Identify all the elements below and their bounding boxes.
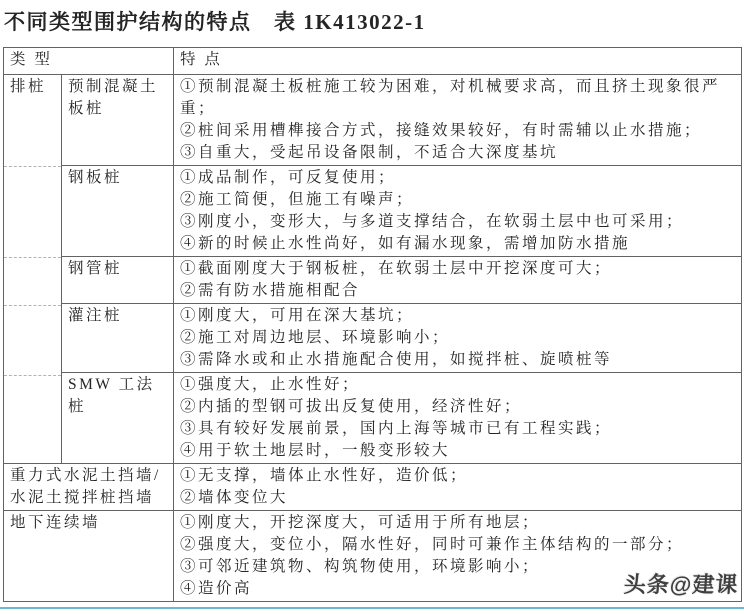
feature-line: ③自重大，受起吊设备限制，不适合大深度基坑	[180, 142, 735, 164]
type-cell: SMW 工法桩	[62, 373, 174, 464]
table-row: 灌注桩 ①刚度大，可用在深大基坑； ②施工对周边地层、环境影响小； ③需降水或和…	[4, 304, 742, 373]
features-cell: ①截面刚度大于钢板桩，在软弱土层中开挖深度可大； ②需有防水措施相配合	[174, 257, 742, 304]
features-cell: ①无支撑，墙体止水性好，造价低； ②墙体变位大	[174, 464, 742, 511]
header-type: 类 型	[4, 48, 174, 75]
watermark: 头条@建课	[622, 568, 739, 599]
feature-line: ①截面刚度大于钢板桩，在软弱土层中开挖深度可大；	[180, 258, 735, 280]
type-cell: 灌注桩	[62, 304, 174, 373]
header-feature: 特 点	[174, 48, 742, 75]
table-row: 排桩 预制混凝土板桩 ①预制混凝土板桩施工较为困难，对机械要求高，而且挤土现象很…	[4, 75, 742, 166]
feature-line: ④用于软土地层时，一般变形较大	[180, 440, 735, 462]
type-cell: 重力式水泥土挡墙/水泥土搅拌桩挡墙	[4, 464, 174, 511]
feature-line: ①刚度大，可用在深大基坑；	[180, 305, 735, 327]
table-row: 钢管桩 ①截面刚度大于钢板桩，在软弱土层中开挖深度可大； ②需有防水措施相配合	[4, 257, 742, 304]
bottom-accent-line	[0, 607, 744, 609]
feature-line: ②施工对周边地层、环境影响小；	[180, 327, 735, 349]
feature-line: ②墙体变位大	[180, 487, 735, 509]
type-cell: 钢管桩	[62, 257, 174, 304]
feature-line: ①刚度大，开挖深度大，可适用于所有地层；	[180, 512, 735, 534]
feature-line: ③刚度小，变形大，与多道支撑结合，在软弱土层中也可采用；	[180, 211, 735, 233]
features-cell: ①刚度大，可用在深大基坑； ②施工对周边地层、环境影响小； ③需降水或和止水措施…	[174, 304, 742, 373]
feature-line: ②需有防水措施相配合	[180, 280, 735, 302]
feature-line: ②内插的型钢可拔出反复使用，经济性好；	[180, 396, 735, 418]
feature-line: ③具有较好发展前景，国内上海等城市已有工程实践；	[180, 418, 735, 440]
group-cell: 排桩	[4, 75, 62, 464]
dashed-divider	[4, 257, 61, 258]
group-label: 排桩	[10, 78, 46, 95]
document-title: 不同类型围护结构的特点 表 1K413022-1	[4, 6, 426, 36]
type-cell: 钢板桩	[62, 166, 174, 257]
features-cell: ①预制混凝土板桩施工较为困难，对机械要求高，而且挤土现象很严重； ②桩间采用槽榫…	[174, 75, 742, 166]
feature-line: ②施工简便，但施工有噪声；	[180, 189, 735, 211]
feature-line: ①强度大，止水性好；	[180, 374, 735, 396]
type-cell: 预制混凝土板桩	[62, 75, 174, 166]
table-row: 钢板桩 ①成品制作，可反复使用； ②施工简便，但施工有噪声； ③刚度小，变形大，…	[4, 166, 742, 257]
dashed-divider	[4, 375, 61, 376]
characteristics-table: 类 型 特 点 排桩 预制混凝土板桩 ①预制混凝土板桩施工较为困难，对机械要求高…	[3, 47, 742, 602]
features-cell: ①强度大，止水性好； ②内插的型钢可拔出反复使用，经济性好； ③具有较好发展前景…	[174, 373, 742, 464]
type-cell: 地下连续墙	[4, 511, 174, 602]
feature-line: ①无支撑，墙体止水性好，造价低；	[180, 465, 735, 487]
feature-line: ③需降水或和止水措施配合使用，如搅拌桩、旋喷桩等	[180, 349, 735, 371]
feature-line: ②强度大，变位小，隔水性好，同时可兼作主体结构的一部分；	[180, 534, 735, 556]
table-row: 重力式水泥土挡墙/水泥土搅拌桩挡墙 ①无支撑，墙体止水性好，造价低； ②墙体变位…	[4, 464, 742, 511]
feature-line: ④新的时候止水性尚好，如有漏水现象，需增加防水措施	[180, 233, 735, 255]
feature-line: ①成品制作，可反复使用；	[180, 167, 735, 189]
header-row: 类 型 特 点	[4, 48, 742, 75]
feature-line: ②桩间采用槽榫接合方式，接缝效果较好，有时需辅以止水措施；	[180, 120, 735, 142]
features-cell: ①成品制作，可反复使用； ②施工简便，但施工有噪声； ③刚度小，变形大，与多道支…	[174, 166, 742, 257]
dashed-divider	[4, 166, 61, 167]
feature-line: ①预制混凝土板桩施工较为困难，对机械要求高，而且挤土现象很严重；	[180, 76, 735, 120]
dashed-divider	[4, 305, 61, 306]
table-row: SMW 工法桩 ①强度大，止水性好； ②内插的型钢可拔出反复使用，经济性好； ③…	[4, 373, 742, 464]
